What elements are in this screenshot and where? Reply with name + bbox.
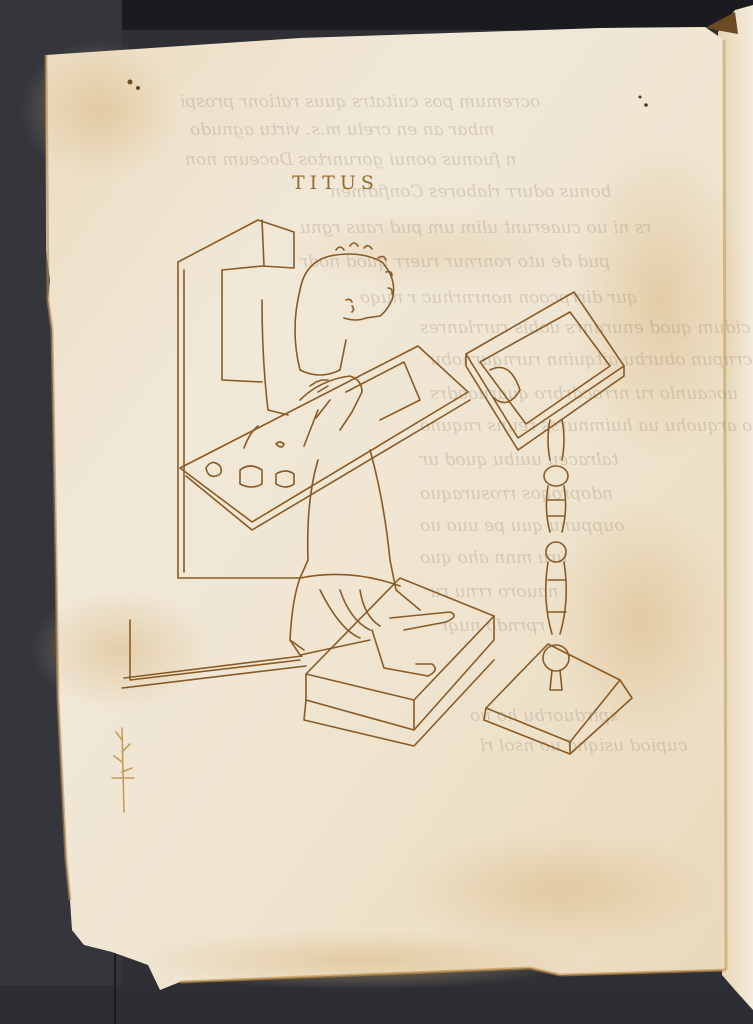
show-through-line: ndoproqos rrosuraquo	[420, 484, 613, 504]
figure-inscription: TITUS	[292, 172, 379, 194]
show-through-line: n fuonus oonui gorunrtos Doceum non	[185, 150, 517, 170]
show-through-line: uru mnn aho quo	[420, 548, 568, 568]
show-through-line: uocaunlo ru nrrocdrbro quaruoadrs	[430, 384, 738, 404]
show-through-line: ocremum pos cuitatrs quus rationr prospi	[180, 92, 540, 112]
manuscript-folio: ocremum pos cuitatrs quus rationr prospi…	[0, 0, 753, 1024]
show-through-line: ouppunu quu pe uuo uo	[420, 516, 624, 536]
show-through-line: talraceu uuibu quod ur	[420, 450, 619, 470]
show-through-line: o arquohu ua huimnurss reuns rnquno	[420, 416, 752, 436]
show-through-line: cupiod usiqnd uo nsol rl	[480, 736, 687, 756]
show-through-line: rs ni uo cuaerunt ulim um pud raus rgnu	[300, 218, 652, 238]
show-through-line: qur dirrpcoon nonrnrhuc r nuqo	[360, 288, 638, 308]
show-through-line: pud de uto ronrnur ruerr quod nodr	[300, 252, 610, 272]
show-through-line: ncrnpun oburbu aitquinn rurnqurnobu	[430, 350, 753, 370]
show-through-line: cidum quod enuranrs uobis rurrlanres	[420, 318, 750, 338]
show-through-line: mbar an en crelu m.s. virtu agnudo	[190, 120, 495, 140]
show-through-line: rprndo nuqr	[440, 616, 546, 636]
show-through-line: xpirduorbu ho uo	[470, 706, 619, 726]
show-through-line: nauoro rrnu ru	[430, 582, 559, 602]
